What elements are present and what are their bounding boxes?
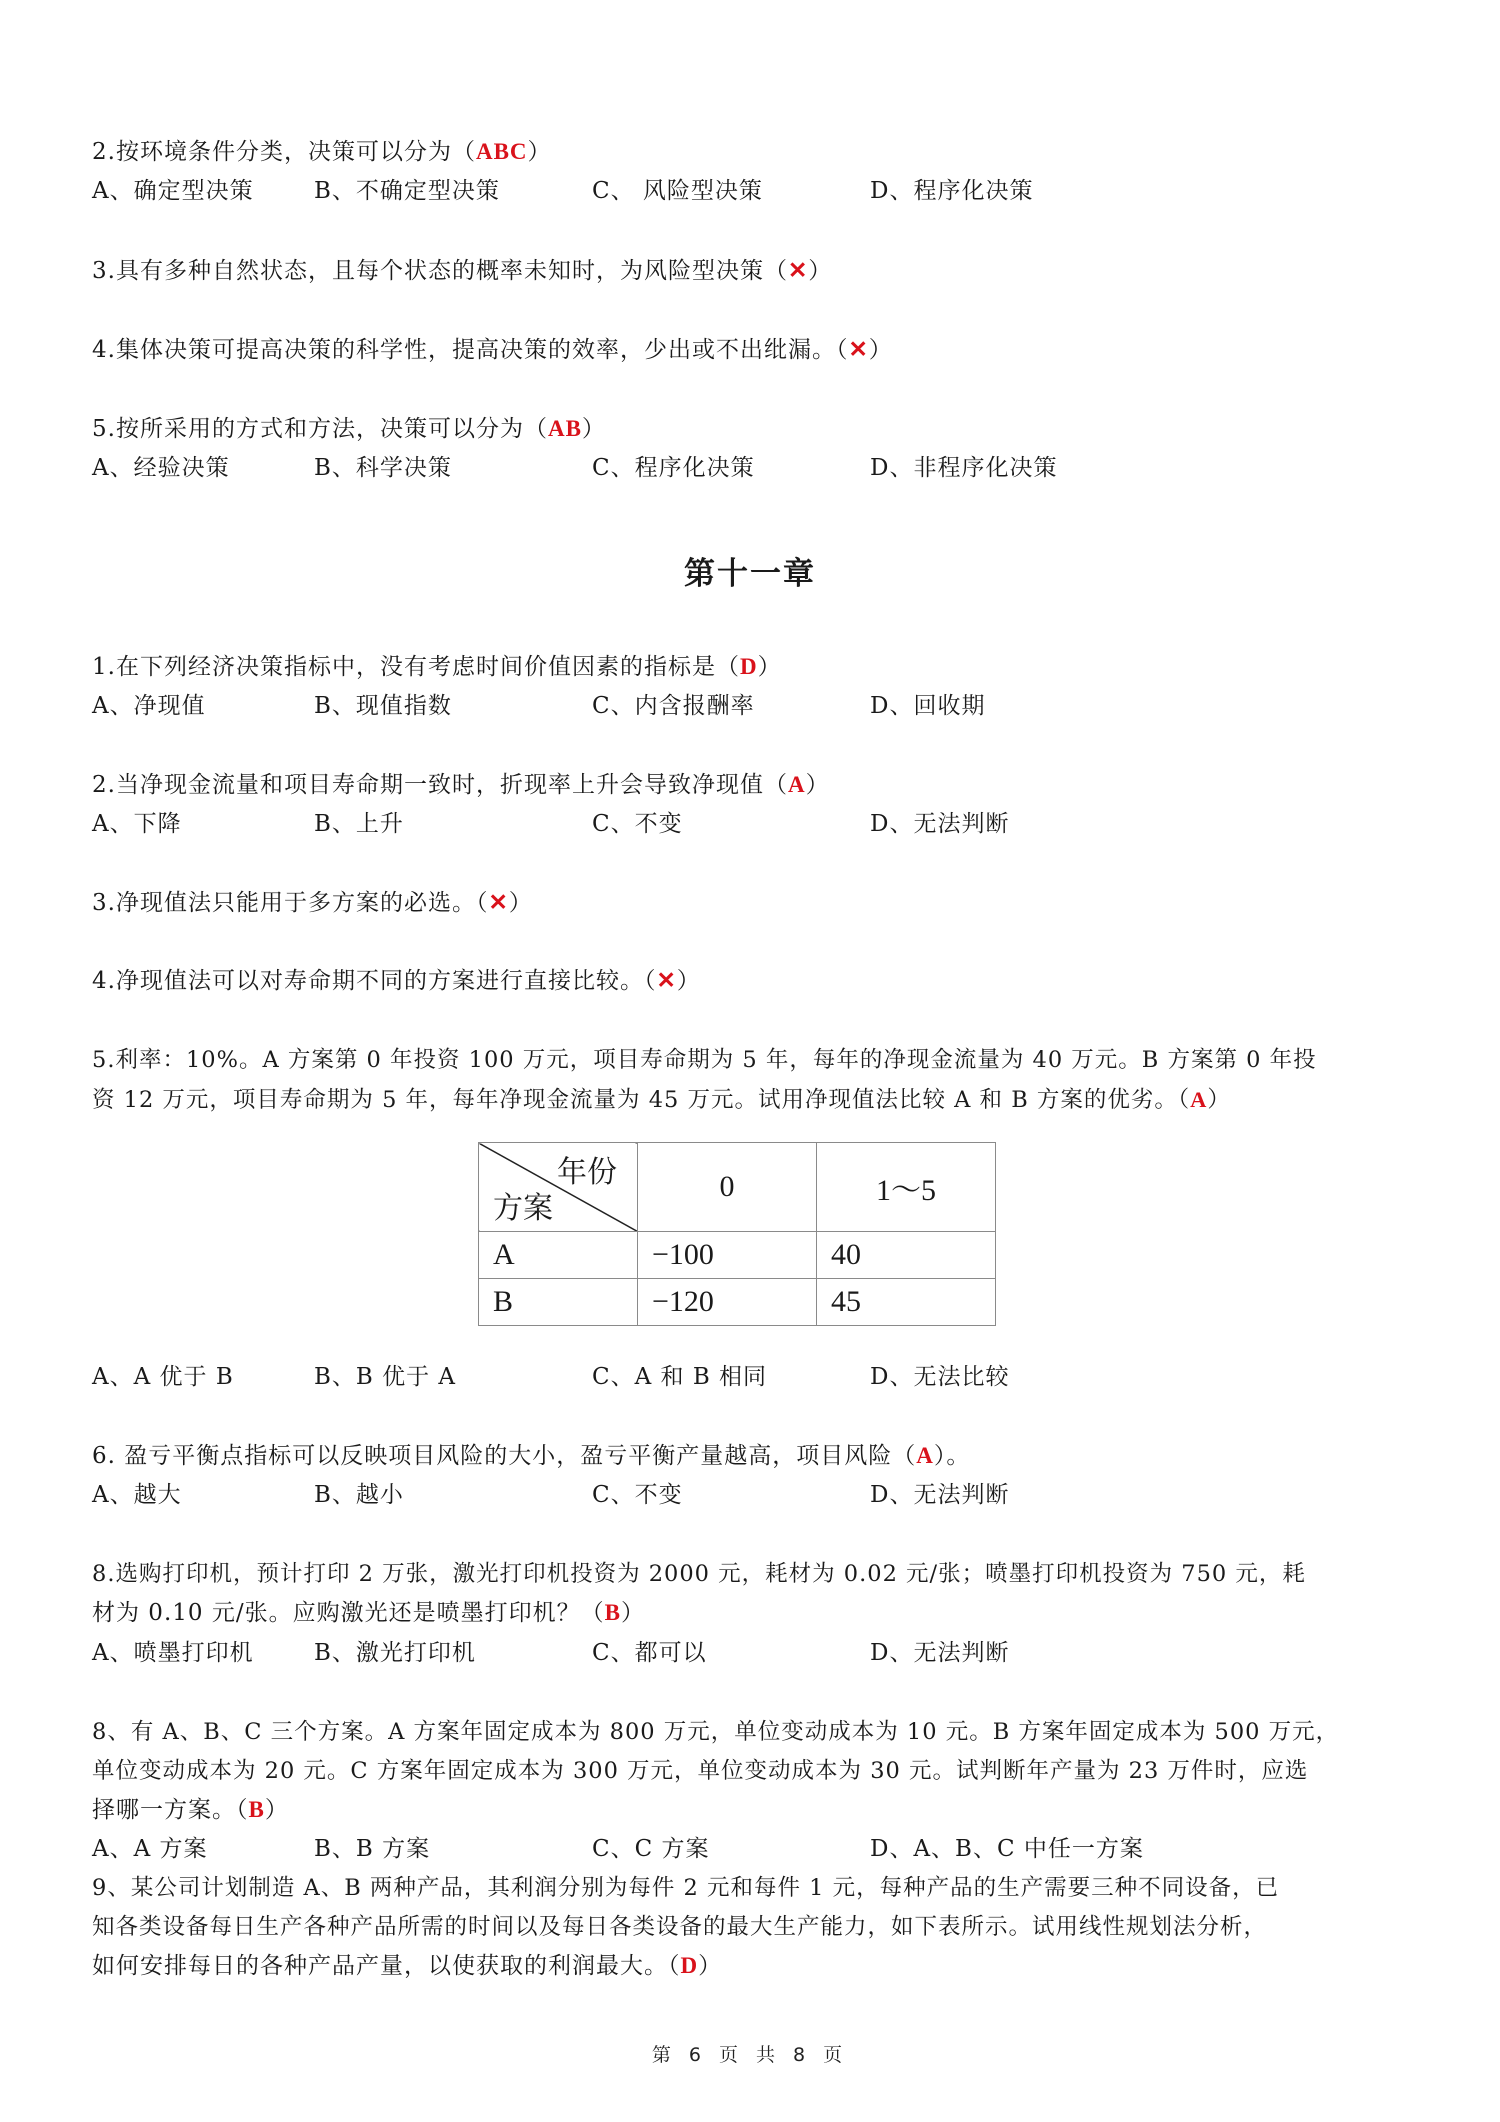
option-b: B、现值指数 bbox=[314, 691, 452, 721]
answer: B bbox=[249, 1797, 265, 1822]
answer: A bbox=[916, 1443, 934, 1468]
header-plan-label: 方案 bbox=[493, 1183, 553, 1227]
cell-value: −100 bbox=[638, 1232, 817, 1279]
ch11-question-8a-line1: 8.选购打印机，预计打印 2 万张，激光打印机投资为 2000 元，耗材为 0.… bbox=[92, 1559, 1306, 1589]
option-a: A、净现值 bbox=[92, 691, 206, 721]
cell-value: 40 bbox=[817, 1232, 996, 1279]
ch11-question-8b-line3: 择哪一方案。（B） bbox=[92, 1795, 289, 1825]
bracket: ） bbox=[677, 968, 701, 994]
table-row: B −120 45 bbox=[479, 1279, 996, 1326]
document-page: 2.按环境条件分类，决策可以分为（ABC） A、确定型决策 B、不确定型决策 C… bbox=[0, 0, 1500, 2122]
option-d: D、程序化决策 bbox=[870, 176, 1033, 206]
option-c: C、C 方案 bbox=[592, 1834, 710, 1864]
bracket: ） bbox=[582, 416, 606, 442]
bracket: ） bbox=[621, 1600, 645, 1626]
option-d: D、无法比较 bbox=[870, 1362, 1009, 1392]
option-d: D、无法判断 bbox=[870, 1638, 1009, 1668]
ch11-question-8b-line2: 单位变动成本为 20 元。C 方案年固定成本为 300 万元，单位变动成本为 3… bbox=[92, 1756, 1308, 1786]
option-b: B、不确定型决策 bbox=[314, 176, 500, 206]
wrong-mark-icon: ✕ bbox=[848, 337, 868, 362]
option-a: A、越大 bbox=[92, 1480, 182, 1510]
answer: A bbox=[788, 772, 806, 797]
wrong-mark-icon: ✕ bbox=[656, 968, 676, 993]
option-d: D、无法判断 bbox=[870, 1480, 1009, 1510]
question-3: 3.具有多种自然状态，且每个状态的概率未知时，为风险型决策（✕） bbox=[92, 256, 832, 286]
answer: D bbox=[740, 654, 758, 679]
table-header-row: 年份 方案 0 1～5 bbox=[479, 1143, 996, 1232]
wrong-mark-icon: ✕ bbox=[788, 258, 808, 283]
question-text: 3.净现值法只能用于多方案的必选。（ bbox=[92, 890, 488, 916]
question-text: 1.在下列经济决策指标中，没有考虑时间价值因素的指标是（ bbox=[92, 654, 740, 680]
option-d: D、非程序化决策 bbox=[870, 453, 1057, 483]
question-text: 4.净现值法可以对寿命期不同的方案进行直接比较。（ bbox=[92, 968, 656, 994]
bracket: ） bbox=[806, 772, 830, 798]
bracket: ） bbox=[758, 654, 782, 680]
ch11-question-1: 1.在下列经济决策指标中，没有考虑时间价值因素的指标是（D） bbox=[92, 652, 782, 682]
option-b: B、B 方案 bbox=[314, 1834, 430, 1864]
option-c: C、 风险型决策 bbox=[592, 176, 763, 206]
option-b: B、科学决策 bbox=[314, 453, 452, 483]
table-row: A −100 40 bbox=[479, 1232, 996, 1279]
bracket: ） bbox=[698, 1953, 722, 1979]
option-d: D、无法判断 bbox=[870, 809, 1009, 839]
cashflow-table: 年份 方案 0 1～5 A −100 40 B −120 45 bbox=[478, 1142, 996, 1326]
question-4: 4.集体决策可提高决策的科学性，提高决策的效率，少出或不出纰漏。（✕） bbox=[92, 335, 893, 365]
bracket: ） bbox=[265, 1797, 289, 1823]
ch11-question-5-line2: 资 12 万元，项目寿命期为 5 年，每年净现金流量为 45 万元。试用净现值法… bbox=[92, 1085, 1231, 1115]
option-c: C、内含报酬率 bbox=[592, 691, 755, 721]
ch11-question-9-line3: 如何安排每日的各种产品产量，以使获取的利润最大。（D） bbox=[92, 1951, 722, 1981]
option-c: C、不变 bbox=[592, 1480, 683, 1510]
answer: D bbox=[681, 1953, 699, 1978]
cell-value: −120 bbox=[638, 1279, 817, 1326]
bracket: ） bbox=[808, 258, 832, 284]
option-b: B、B 优于 A bbox=[314, 1362, 456, 1392]
answer: AB bbox=[548, 416, 582, 441]
option-a: A、确定型决策 bbox=[92, 176, 254, 206]
cell-value: 45 bbox=[817, 1279, 996, 1326]
option-b: B、激光打印机 bbox=[314, 1638, 476, 1668]
option-a: A、A 方案 bbox=[92, 1834, 208, 1864]
option-b: B、越小 bbox=[314, 1480, 404, 1510]
question-text: 材为 0.10 元/张。应购激光还是喷墨打印机？（ bbox=[92, 1600, 605, 1626]
row-label: A bbox=[479, 1232, 638, 1279]
option-c: C、都可以 bbox=[592, 1638, 707, 1668]
question-text: 2.按环境条件分类，决策可以分为（ bbox=[92, 139, 476, 165]
ch11-question-8b-line1: 8、有 A、B、C 三个方案。A 方案年固定成本为 800 万元，单位变动成本为… bbox=[92, 1717, 1339, 1747]
answer: A bbox=[1190, 1087, 1207, 1112]
ch11-question-2: 2.当净现金流量和项目寿命期一致时，折现率上升会导致净现值（A） bbox=[92, 770, 830, 800]
option-c: C、程序化决策 bbox=[592, 453, 755, 483]
question-2: 2.按环境条件分类，决策可以分为（ABC） bbox=[92, 137, 552, 167]
header-year-label: 年份 bbox=[557, 1147, 617, 1191]
header-year-0: 0 bbox=[638, 1143, 817, 1232]
bracket: ） bbox=[528, 139, 552, 165]
header-year-1-5: 1～5 bbox=[817, 1143, 996, 1232]
bracket: ） bbox=[1207, 1087, 1231, 1113]
option-a: A、下降 bbox=[92, 809, 182, 839]
chapter-title: 第十一章 bbox=[0, 548, 1500, 593]
option-c: C、A 和 B 相同 bbox=[592, 1362, 767, 1392]
ch11-question-6: 6. 盈亏平衡点指标可以反映项目风险的大小，盈亏平衡产量越高，项目风险（A）。 bbox=[92, 1441, 970, 1471]
ch11-question-8a-line2: 材为 0.10 元/张。应购激光还是喷墨打印机？（B） bbox=[92, 1598, 645, 1628]
page-number-footer: 第 6 页 共 8 页 bbox=[0, 2040, 1500, 2067]
question-text: 6. 盈亏平衡点指标可以反映项目风险的大小，盈亏平衡产量越高，项目风险（ bbox=[92, 1443, 916, 1469]
ch11-question-4: 4.净现值法可以对寿命期不同的方案进行直接比较。（✕） bbox=[92, 966, 701, 996]
answer: B bbox=[605, 1600, 621, 1625]
ch11-question-3: 3.净现值法只能用于多方案的必选。（✕） bbox=[92, 888, 533, 918]
question-5: 5.按所采用的方式和方法，决策可以分为（AB） bbox=[92, 414, 606, 444]
question-text: 择哪一方案。（ bbox=[92, 1797, 249, 1823]
option-c: C、不变 bbox=[592, 809, 683, 839]
row-label: B bbox=[479, 1279, 638, 1326]
option-d: D、回收期 bbox=[870, 691, 985, 721]
option-a: A、喷墨打印机 bbox=[92, 1638, 254, 1668]
bracket: ）。 bbox=[934, 1443, 971, 1469]
bracket: ） bbox=[509, 890, 533, 916]
question-text: 4.集体决策可提高决策的科学性，提高决策的效率，少出或不出纰漏。（ bbox=[92, 337, 848, 363]
question-text: 3.具有多种自然状态，且每个状态的概率未知时，为风险型决策（ bbox=[92, 258, 788, 284]
option-a: A、A 优于 B bbox=[92, 1362, 234, 1392]
question-text: 资 12 万元，项目寿命期为 5 年，每年净现金流量为 45 万元。试用净现值法… bbox=[92, 1087, 1190, 1113]
question-text: 如何安排每日的各种产品产量，以使获取的利润最大。（ bbox=[92, 1953, 681, 1979]
question-text: 2.当净现金流量和项目寿命期一致时，折现率上升会导致净现值（ bbox=[92, 772, 788, 798]
bracket: ） bbox=[869, 337, 893, 363]
diagonal-header-cell: 年份 方案 bbox=[479, 1143, 638, 1232]
question-text: 5.按所采用的方式和方法，决策可以分为（ bbox=[92, 416, 548, 442]
ch11-question-9-line1: 9、某公司计划制造 A、B 两种产品，其利润分别为每件 2 元和每件 1 元，每… bbox=[92, 1873, 1279, 1903]
answer: ABC bbox=[476, 139, 528, 164]
ch11-question-5-line1: 5.利率：10%。A 方案第 0 年投资 100 万元，项目寿命期为 5 年，每… bbox=[92, 1045, 1317, 1075]
option-b: B、上升 bbox=[314, 809, 404, 839]
option-a: A、经验决策 bbox=[92, 453, 230, 483]
wrong-mark-icon: ✕ bbox=[488, 890, 508, 915]
option-d: D、A、B、C 中任一方案 bbox=[870, 1834, 1144, 1864]
ch11-question-9-line2: 知各类设备每日生产各种产品所需的时间以及每日各类设备的最大生产能力，如下表所示。… bbox=[92, 1912, 1267, 1942]
